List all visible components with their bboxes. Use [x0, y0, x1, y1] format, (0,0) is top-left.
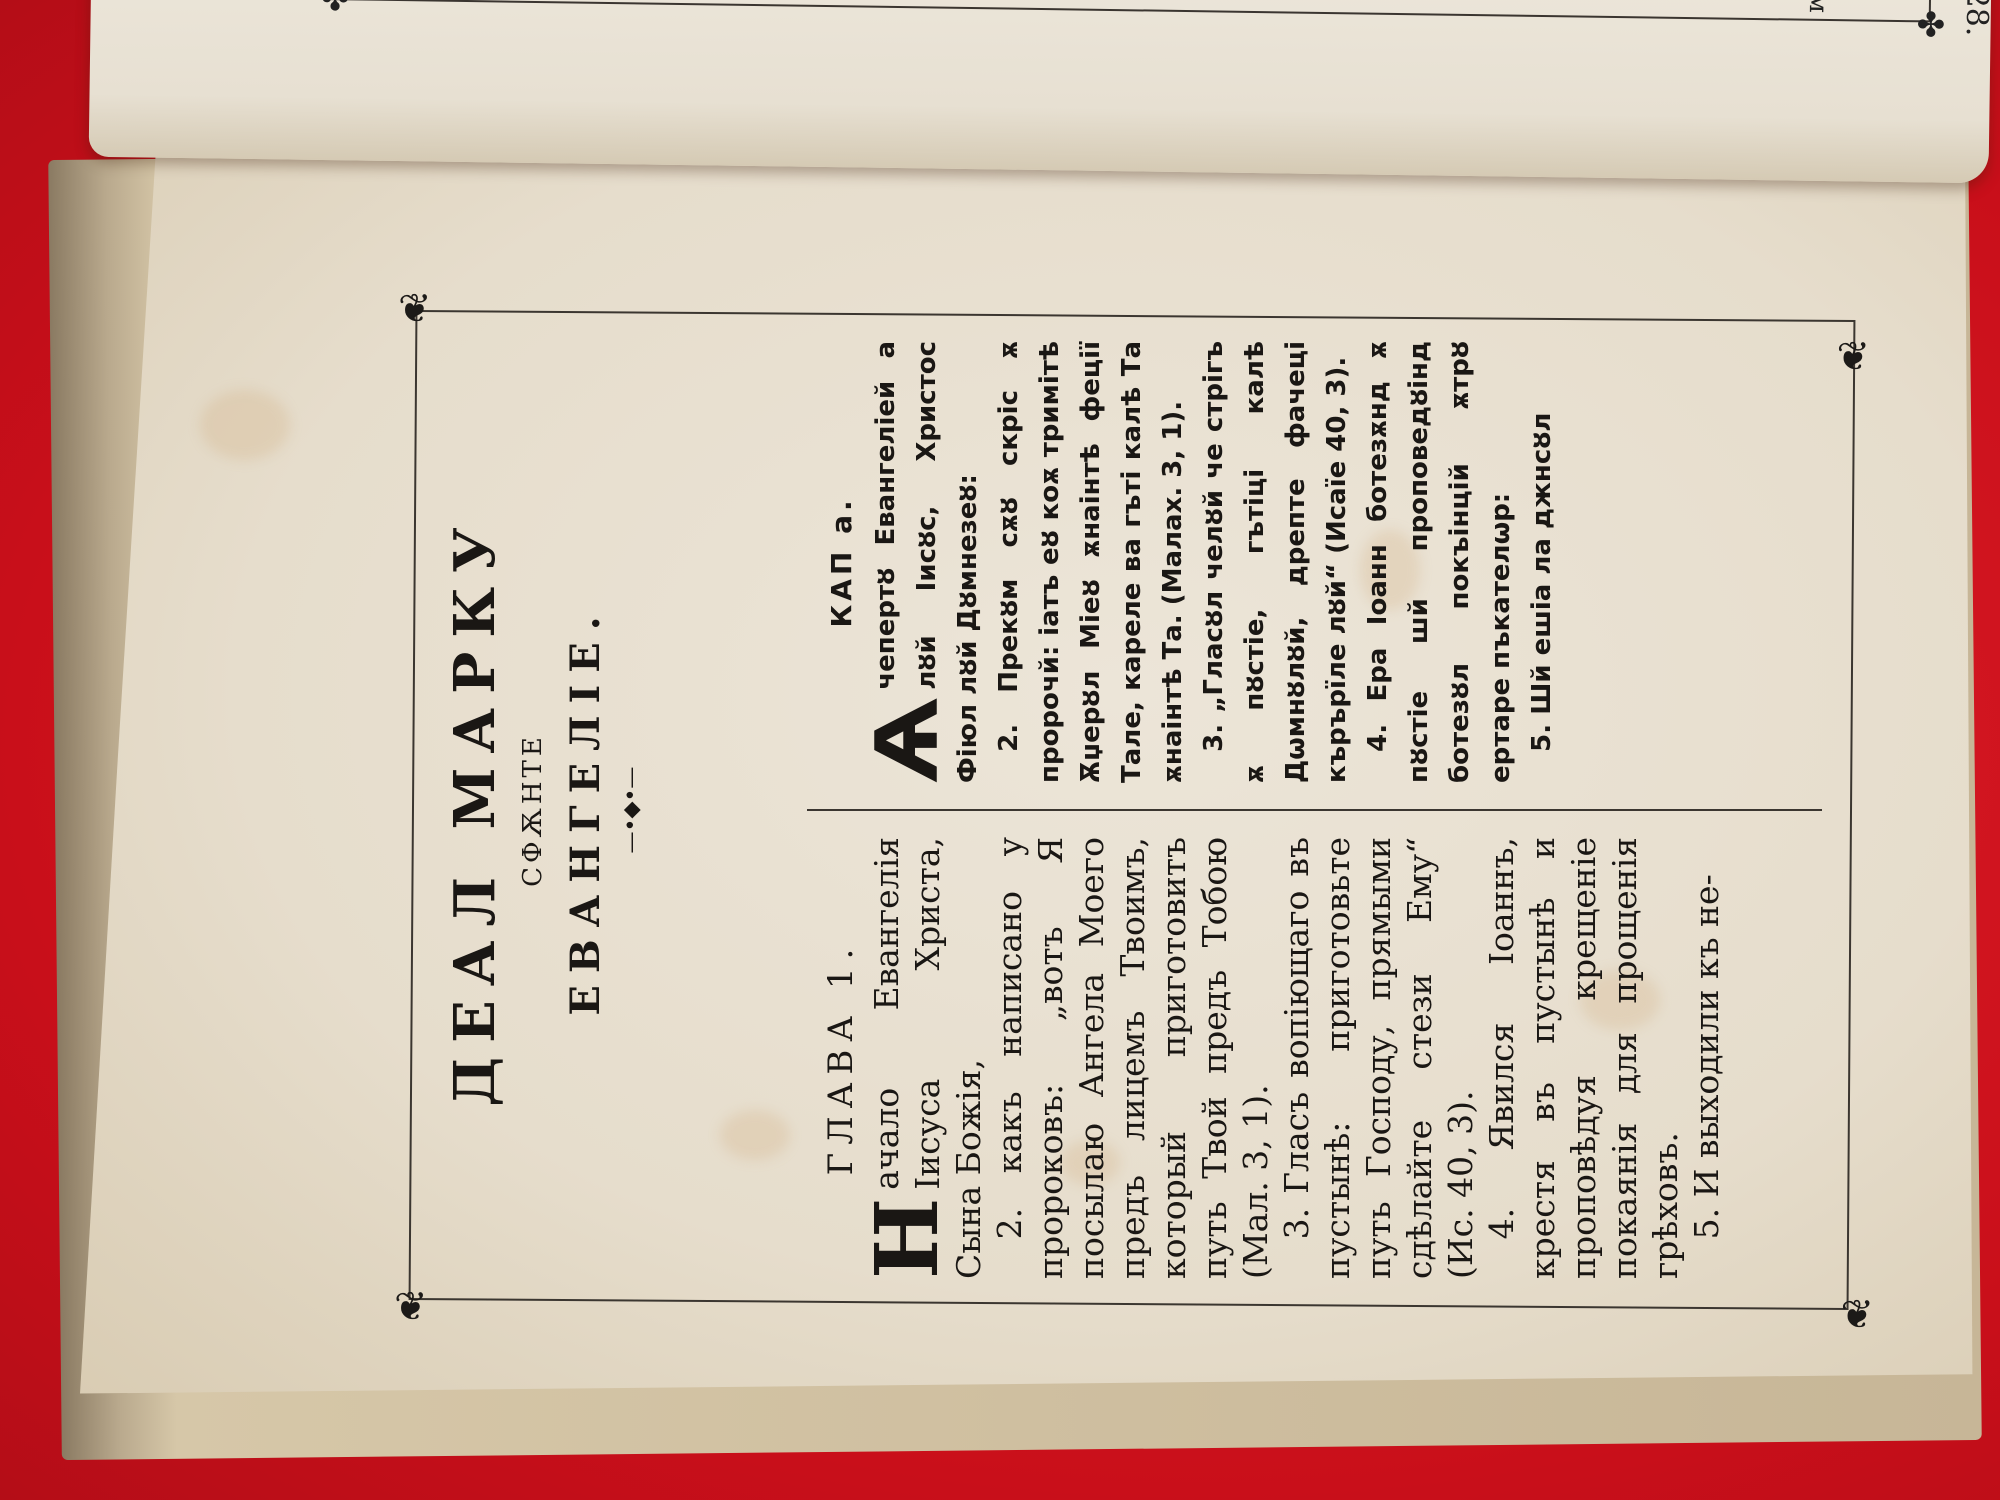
book-subtitle: СФѪНТЕ: [518, 315, 548, 1305]
verse-text: Ера Іоанн ботезѫнд ѫ пȣстіе шй проповедȣ…: [1363, 341, 1516, 783]
book-subtitle-gospel: ЕВАНГЕЛІЕ.: [562, 315, 609, 1305]
romanian-chapter-heading: КАП а.: [821, 341, 862, 783]
text-frame: ❦ ❦ ❦ ❦ ДЕАЛ МАРКУ СФѪНТЕ ЕВАНГЕЛІЕ. —•◆…: [412, 315, 1852, 1305]
verse-text: Шй ешіа ла джнсȣл: [1527, 413, 1557, 715]
verse: 2. какъ написано у пророковъ: „вотъ Я по…: [989, 837, 1276, 1279]
separator-ornament: —•◆•—: [619, 315, 644, 1305]
verse-number: 5.: [1527, 724, 1557, 752]
book-title: ДЕАЛ МАРКУ: [442, 315, 508, 1305]
verse-text: Прекȣм сѫȣ скріс ѫ пророчй: іатъ еȣ коѫ …: [994, 341, 1188, 783]
rotated-page-content: ДЕАЛ МАРКУ СФѪНТЕ ЕВАНГЕЛІЕ. —•◆•— ГЛАВА…: [412, 315, 1852, 1305]
verse: 3. Гласъ вопіющаго въ пустынѣ: приготовь…: [1276, 837, 1481, 1279]
russian-column: ГЛАВА 1. Н ачало Евангелія Іисуса Христа…: [807, 809, 1822, 1305]
corner-ornament-icon: ✤: [321, 0, 350, 16]
verse-number: 2.: [990, 1208, 1029, 1240]
verse-number: 4.: [1363, 724, 1393, 752]
verse: 5. И выходили къ не-: [1686, 837, 1727, 1279]
verse-number: 5.: [1687, 1208, 1726, 1240]
text-columns: ГЛАВА 1. Н ачало Евангелія Іисуса Христа…: [807, 315, 1822, 1305]
romanian-column: КАП а. Ѧ чепертȣ Евангеліей а лȣй Іисȣс,…: [807, 315, 1822, 809]
romanian-dropcap: Ѧ: [868, 698, 948, 783]
adjacent-page-text: ѣ м: [1803, 0, 1834, 23]
verse: 4. Явился Іоаннъ, крестя въ пустынѣ и пр…: [1481, 837, 1686, 1279]
verse: 4. Ера Іоанн ботезѫнд ѫ пȣстіе шй пропов…: [1358, 341, 1522, 783]
heading-block: ДЕАЛ МАРКУ СФѪНТЕ ЕВАНГЕЛІЕ. —•◆•—: [442, 315, 644, 1305]
verse-number: 3.: [1199, 724, 1229, 752]
verse-text: какъ написано у пророковъ: „вотъ Я посыл…: [990, 837, 1275, 1279]
verse-text: „Гласȣл челȣй че стрігъ ѫ пȣстіе, гътіці…: [1199, 341, 1352, 783]
verse-text: И выходили къ не-: [1687, 874, 1726, 1197]
verse-number: 4.: [1482, 1208, 1521, 1240]
book-page: ❦ ❦ ❦ ❦ ДЕАЛ МАРКУ СФѪНТЕ ЕВАНГЕЛІЕ. —•◆…: [80, 110, 1980, 1400]
page-number: 28.: [1959, 0, 1995, 37]
verse-number: 3.: [1277, 1208, 1316, 1240]
adjacent-frame-rule: [331, 0, 1931, 22]
russian-dropcap: Н: [868, 1198, 948, 1279]
adjacent-page: ✤ ✤ 28. ѣ м: [89, 0, 1992, 183]
verse: 5. Шй ешіа ла джнсȣл: [1522, 341, 1563, 783]
corner-ornament-icon: ✤: [1916, 8, 1945, 42]
verse: 3. „Гласȣл челȣй че стрігъ ѫ пȣстіе, гът…: [1194, 341, 1358, 783]
paper-stain: [200, 390, 290, 460]
verse: 2. Прекȣм сѫȣ скріс ѫ пророчй: іатъ еȣ к…: [989, 341, 1194, 783]
russian-chapter-heading: ГЛАВА 1.: [821, 837, 862, 1279]
verse-number: 2.: [994, 724, 1024, 752]
